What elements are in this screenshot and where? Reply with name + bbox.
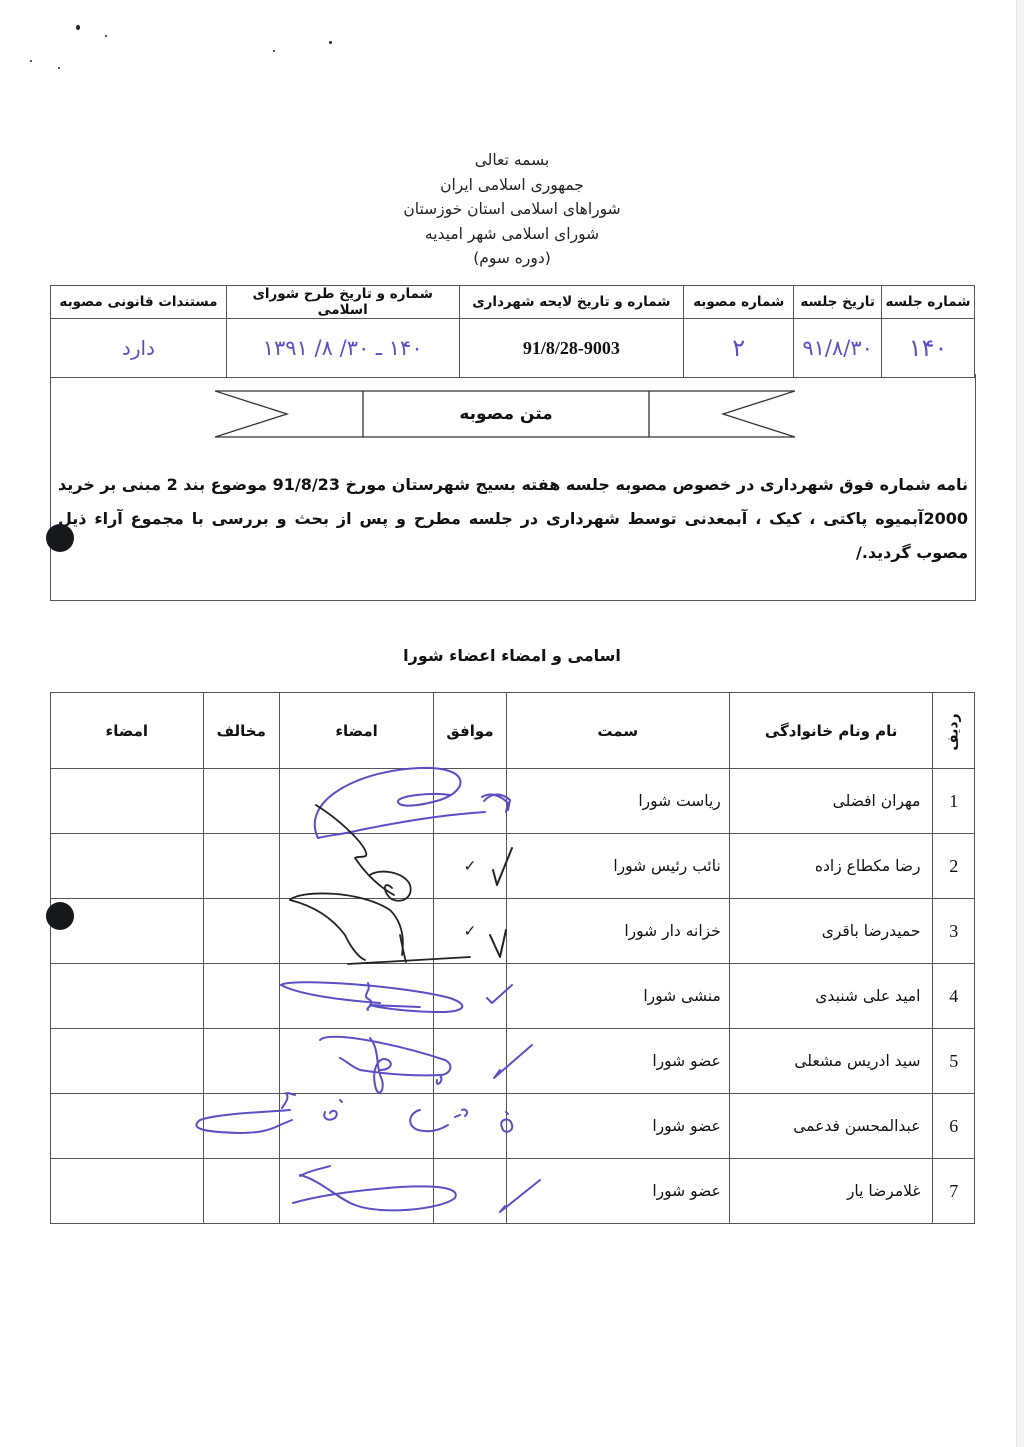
scan-speck: [58, 67, 60, 69]
header-session-date: تاریخ جلسه: [794, 286, 882, 319]
member-agree-cell: [434, 769, 507, 834]
member-agree-cell: [434, 1029, 507, 1094]
member-name: سید ادریس مشعلی: [729, 1029, 933, 1094]
member-position: خزانه دار شورا: [506, 899, 729, 964]
member-name: غلامرضا یار: [729, 1159, 933, 1224]
value-session-date: ۹۱/۸/۳۰: [794, 319, 882, 378]
member-position: منشی شورا: [506, 964, 729, 1029]
member-index: 3: [933, 899, 975, 964]
members-table: ردیف نام ونام خانوادگی سمت موافق امضاء م…: [50, 692, 975, 1224]
member-position: عضو شورا: [506, 1094, 729, 1159]
member-name: رضا مکطاع زاده: [729, 834, 933, 899]
header-row-index: ردیف: [933, 693, 975, 769]
member-disagree-cell: [203, 1029, 279, 1094]
header-name: نام ونام خانوادگی: [729, 693, 933, 769]
member-disagree-signature-cell: [51, 899, 204, 964]
header-position: سمت: [506, 693, 729, 769]
member-index: 7: [933, 1159, 975, 1224]
scan-speck: [105, 35, 107, 37]
header-session-number: شماره جلسه: [882, 286, 975, 319]
member-row: 7 غلامرضا یار عضو شورا: [51, 1159, 975, 1224]
header-line-country: جمهوری اسلامی ایران: [0, 173, 1024, 198]
info-value-row: ۱۴۰ ۹۱/۸/۳۰ ۲ 91/8/28-9003 ۱۴۰ ـ ۳۰/ ۸/ …: [51, 319, 975, 378]
member-agree-check: ✓: [434, 834, 507, 899]
value-legal-documents: دارد: [51, 319, 227, 378]
info-header-row: شماره جلسه تاریخ جلسه شماره مصوبه شماره …: [51, 286, 975, 319]
member-position: نائب رئیس شورا: [506, 834, 729, 899]
header-line-province-councils: شوراهای اسلامی استان خوزستان: [0, 197, 1024, 222]
member-disagree-signature-cell: [51, 1159, 204, 1224]
member-row: 5 سید ادریس مشعلی عضو شورا: [51, 1029, 975, 1094]
scan-speck: [76, 25, 80, 30]
header-resolution-number: شماره مصوبه: [684, 286, 794, 319]
member-disagree-cell: [203, 834, 279, 899]
member-signature-cell: [279, 1029, 433, 1094]
member-index: 5: [933, 1029, 975, 1094]
document-header: بسمه تعالی جمهوری اسلامی ایران شوراهای ا…: [0, 148, 1024, 271]
member-row: 2 رضا مکطاع زاده نائب رئیس شورا ✓: [51, 834, 975, 899]
member-disagree-signature-cell: [51, 1094, 204, 1159]
member-index: 2: [933, 834, 975, 899]
header-council-plan: شماره و تاریخ طرح شورای اسلامی: [226, 286, 459, 319]
member-disagree-cell: [203, 1094, 279, 1159]
member-disagree-cell: [203, 899, 279, 964]
header-signature-disagree: امضاء: [51, 693, 204, 769]
members-header-row: ردیف نام ونام خانوادگی سمت موافق امضاء م…: [51, 693, 975, 769]
scan-speck: [273, 50, 275, 52]
member-agree-check: ✓: [434, 899, 507, 964]
header-line-term: (دوره سوم): [0, 246, 1024, 271]
member-disagree-signature-cell: [51, 834, 204, 899]
member-agree-cell: [434, 1094, 507, 1159]
member-position: ریاست شورا: [506, 769, 729, 834]
value-session-number: ۱۴۰: [882, 319, 975, 378]
member-signature-cell: [279, 964, 433, 1029]
member-signature-cell: [279, 1094, 433, 1159]
value-resolution-number: ۲: [684, 319, 794, 378]
member-signature-cell: [279, 1159, 433, 1224]
header-line-city-council: شورای اسلامی شهر امیدیه: [0, 222, 1024, 247]
member-disagree-signature-cell: [51, 964, 204, 1029]
member-signature-cell: [279, 899, 433, 964]
member-row: 6 عبدالمحسن فدعمی عضو شورا: [51, 1094, 975, 1159]
member-signature-cell: [279, 769, 433, 834]
resolution-info-table: شماره جلسه تاریخ جلسه شماره مصوبه شماره …: [50, 285, 975, 378]
member-name: امید علی شنبدی: [729, 964, 933, 1029]
header-legal-documents: مستندات قانونی مصوبه: [51, 286, 227, 319]
member-name: مهران افضلی: [729, 769, 933, 834]
member-row: 1 مهران افضلی ریاست شورا: [51, 769, 975, 834]
member-position: عضو شورا: [506, 1159, 729, 1224]
header-disagree: مخالف: [203, 693, 279, 769]
member-name: حمیدرضا باقری: [729, 899, 933, 964]
member-name: عبدالمحسن فدعمی: [729, 1094, 933, 1159]
member-row: 3 حمیدرضا باقری خزانه دار شورا ✓: [51, 899, 975, 964]
member-agree-cell: [434, 1159, 507, 1224]
scan-speck: [30, 60, 32, 62]
member-disagree-cell: [203, 964, 279, 1029]
member-signature-cell: [279, 834, 433, 899]
header-agree: موافق: [434, 693, 507, 769]
value-municipality-bill: 91/8/28-9003: [459, 319, 684, 378]
member-disagree-cell: [203, 769, 279, 834]
member-row: 4 امید علی شنبدی منشی شورا: [51, 964, 975, 1029]
scan-speck: [329, 41, 332, 44]
punch-hole-icon: [46, 902, 74, 930]
header-municipality-bill: شماره و تاریخ لایحه شهرداری: [459, 286, 684, 319]
member-disagree-signature-cell: [51, 769, 204, 834]
member-index: 4: [933, 964, 975, 1029]
member-index: 6: [933, 1094, 975, 1159]
header-signature-agree: امضاء: [279, 693, 433, 769]
value-council-plan: ۱۴۰ ـ ۳۰/ ۸/ ۱۳۹۱: [226, 319, 459, 378]
members-section-title: اسامی و امضاء اعضاء شورا: [0, 646, 1024, 665]
punch-hole-icon: [46, 524, 74, 552]
member-agree-cell: [434, 964, 507, 1029]
member-disagree-cell: [203, 1159, 279, 1224]
member-disagree-signature-cell: [51, 1029, 204, 1094]
member-position: عضو شورا: [506, 1029, 729, 1094]
resolution-text: نامه شماره فوق شهرداری در خصوص مصوبه جلس…: [58, 468, 968, 570]
resolution-title: متن مصوبه: [363, 390, 649, 438]
header-line-bismillah: بسمه تعالی: [0, 148, 1024, 173]
member-index: 1: [933, 769, 975, 834]
